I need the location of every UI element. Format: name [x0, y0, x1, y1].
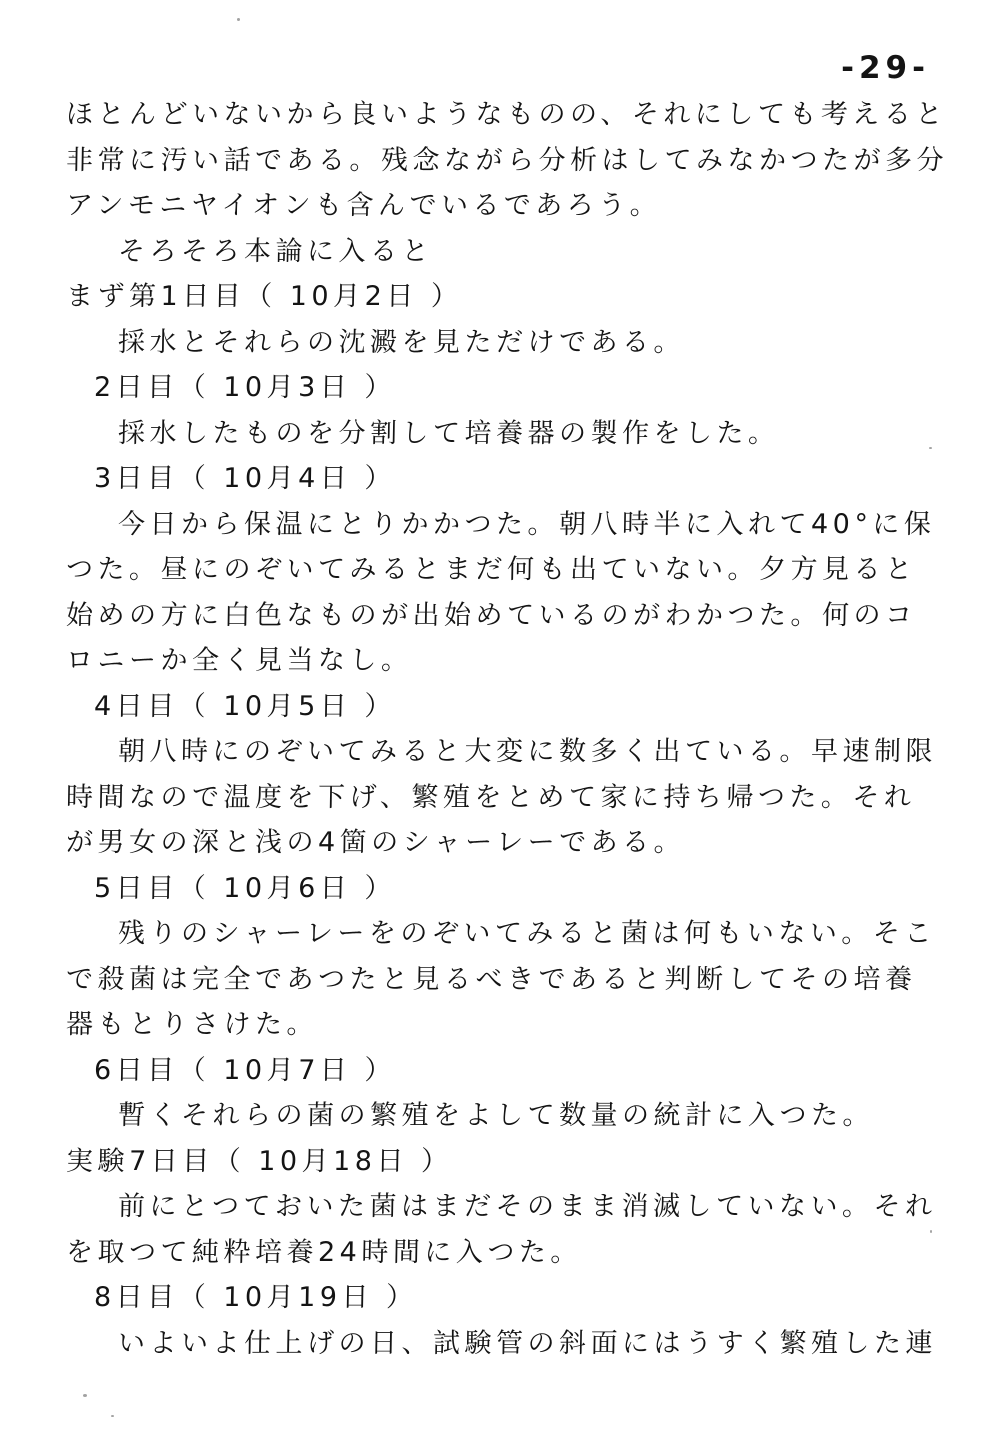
- scan-speck: [111, 1415, 114, 1417]
- scan-speck: [237, 18, 240, 21]
- document-line: アンモニヤイオンも含んでいるであろう。: [66, 183, 967, 229]
- page-number: -29-: [841, 50, 930, 86]
- document-line: そろそろ本論に入ると: [118, 229, 967, 275]
- document-line: を取つて純粋培養24時間に入つた。: [66, 1230, 967, 1276]
- document-line: まず第1日目（ 10月2日 ）: [66, 274, 967, 320]
- scan-speck: [689, 513, 692, 516]
- document-line: ほとんどいないから良いようなものの、それにしても考えると: [66, 92, 967, 138]
- document-line: 8日目（ 10月19日 ）: [94, 1275, 967, 1321]
- document-line: 暫くそれらの菌の繁殖をよして数量の統計に入つた。: [118, 1093, 967, 1139]
- document-line: 2日目（ 10月3日 ）: [94, 365, 967, 411]
- document-line: で殺菌は完全であつたと見るべきであると判断してその培養: [66, 957, 967, 1003]
- document-line: 実験7日目（ 10月18日 ）: [66, 1139, 967, 1185]
- scan-speck: [83, 1394, 87, 1397]
- scan-speck: [930, 1230, 932, 1233]
- document-line: 採水とそれらの沈澱を見ただけである。: [118, 320, 967, 366]
- document-line: つた。昼にのぞいてみるとまだ何も出ていない。夕方見ると: [66, 547, 967, 593]
- document-line: が男女の深と浅の4箇のシャーレーである。: [66, 820, 967, 866]
- scan-speck: [72, 155, 74, 158]
- document-line: 朝八時にのぞいてみると大変に数多く出ている。早速制限: [118, 729, 967, 775]
- document-line: 5日目（ 10月6日 ）: [94, 866, 967, 912]
- scan-speck: [572, 790, 575, 793]
- document-line: 採水したものを分割して培養器の製作をした。: [118, 411, 967, 457]
- document-line: 今日から保温にとりかかつた。朝八時半に入れて40°に保: [118, 502, 967, 548]
- scanned-page: -29- ほとんどいないから良いようなものの、それにしても考えると非常に汚い話で…: [0, 0, 1000, 1436]
- document-line: 3日目（ 10月4日 ）: [94, 456, 967, 502]
- document-line: 時間なので温度を下げ、繁殖をとめて家に持ち帰つた。それ: [66, 775, 967, 821]
- document-line: 前にとつておいた菌はまだそのまま消滅していない。それ: [118, 1184, 967, 1230]
- document-line: いよいよ仕上げの日、試験管の斜面にはうすく繁殖した連: [118, 1321, 967, 1367]
- document-line: 始めの方に白色なものが出始めているのがわかつた。何のコ: [66, 593, 967, 639]
- document-line: 非常に汚い話である。残念ながら分析はしてみなかつたが多分: [66, 138, 967, 184]
- scan-speck: [929, 447, 932, 449]
- document-body: ほとんどいないから良いようなものの、それにしても考えると非常に汚い話である。残念…: [66, 92, 966, 1366]
- document-line: 残りのシャーレーをのぞいてみると菌は何もいない。そこ: [118, 911, 967, 957]
- document-line: ロニーか全く見当なし。: [66, 638, 967, 684]
- document-line: 4日目（ 10月5日 ）: [94, 684, 967, 730]
- document-line: 器もとりさけた。: [66, 1002, 967, 1048]
- document-line: 6日目（ 10月7日 ）: [94, 1048, 967, 1094]
